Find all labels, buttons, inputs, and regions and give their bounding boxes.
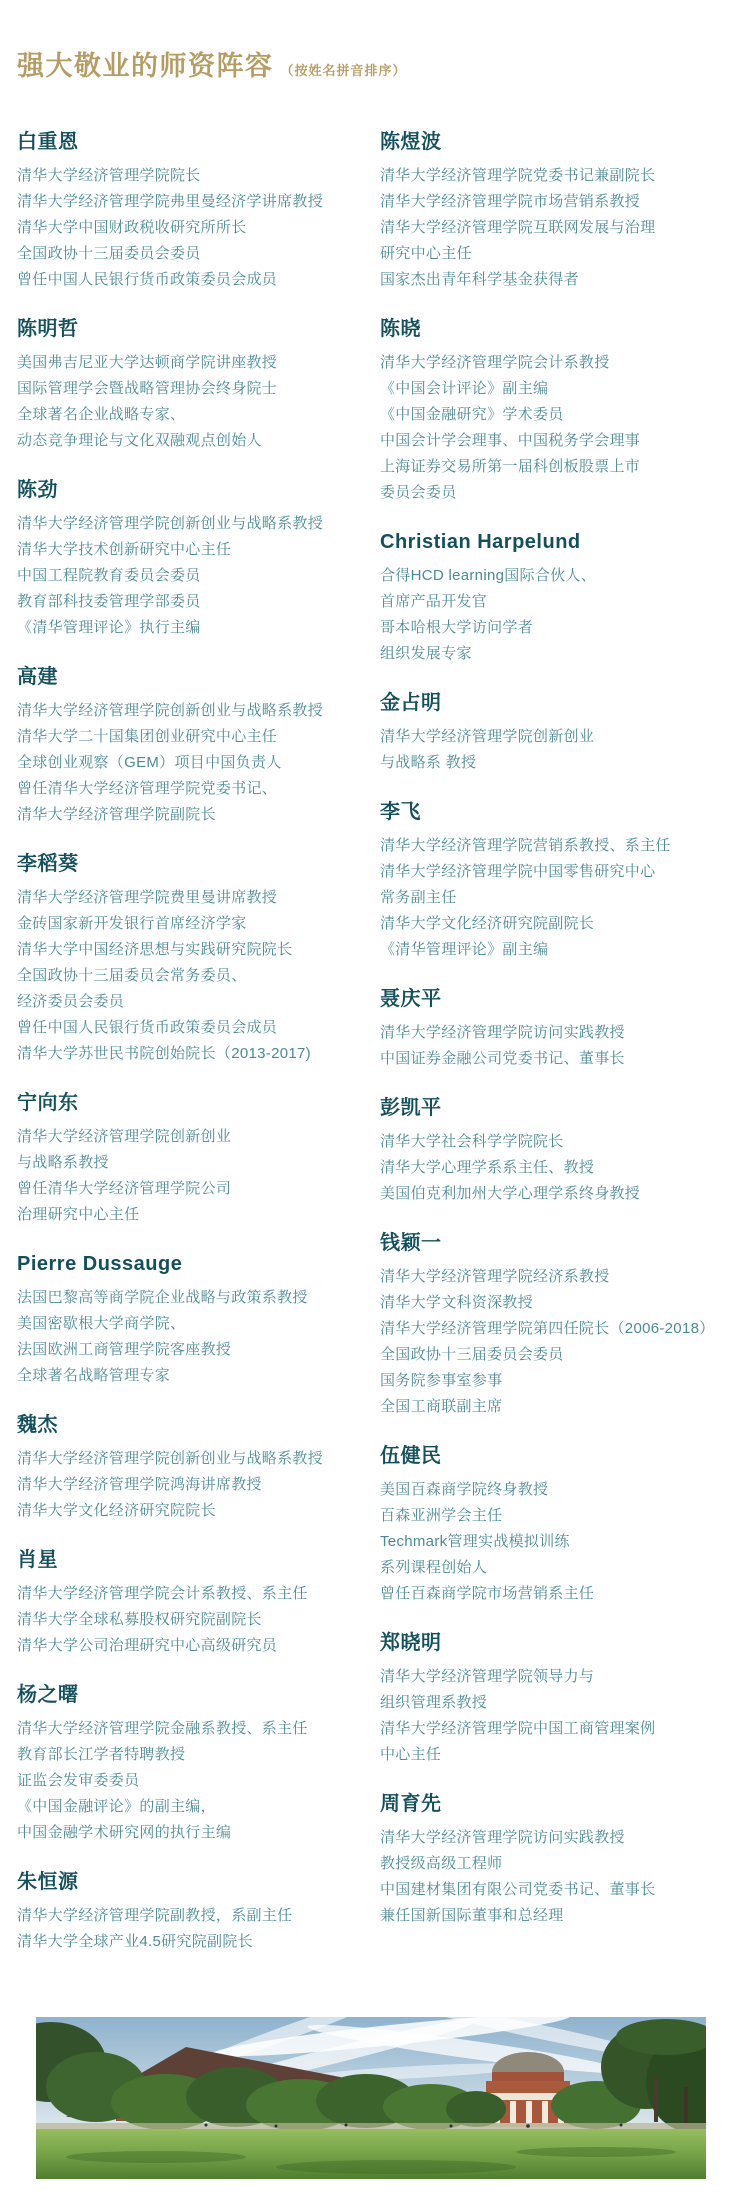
faculty-line: 《清华管理评论》执行主编 <box>17 615 362 641</box>
faculty-line: 中国建材集团有限公司党委书记、董事长 <box>380 1877 725 1903</box>
faculty-line: 中心主任 <box>380 1742 725 1768</box>
faculty-name: 肖星 <box>17 1548 362 1572</box>
faculty-line: 《中国会计评论》副主编 <box>380 376 725 402</box>
faculty-line: 清华大学经济管理学院副院长 <box>17 802 362 828</box>
faculty-section: 聂庆平 清华大学经济管理学院访问实践教授中国证券金融公司党委书记、董事长 <box>380 987 725 1072</box>
faculty-line: 《中国金融评论》的副主编， <box>17 1794 362 1820</box>
faculty-section: 李稻葵 清华大学经济管理学院费里曼讲席教授金砖国家新开发银行首席经济学家清华大学… <box>17 852 362 1067</box>
faculty-line: 国务院参事室参事 <box>380 1368 725 1394</box>
faculty-lines: 美国百森商学院终身教授百森亚洲学会主任Techmark管理实战模拟训练系列课程创… <box>380 1477 725 1607</box>
faculty-name: Pierre Dussauge <box>17 1252 362 1276</box>
faculty-section: 陈晓 清华大学经济管理学院会计系教授《中国会计评论》副主编《中国金融研究》学术委… <box>380 317 725 506</box>
faculty-lines: 清华大学经济管理学院创新创业与战略系 教授 <box>380 724 725 776</box>
faculty-line: 清华大学经济管理学院创新创业与战略系教授 <box>17 1446 362 1472</box>
faculty-line: 金砖国家新开发银行首席经济学家 <box>17 911 362 937</box>
faculty-line: 合得HCD learning国际合伙人、 <box>380 563 725 589</box>
page-title-note: （按姓名拼音排序） <box>281 60 407 79</box>
faculty-line: 动态竞争理论与文化双融观点创始人 <box>17 428 362 454</box>
faculty-column-left: 白重恩 清华大学经济管理学院院长清华大学经济管理学院弗里曼经济学讲席教授清华大学… <box>17 130 362 1979</box>
faculty-line: 清华大学经济管理学院中国零售研究中心 <box>380 859 725 885</box>
faculty-line: 清华大学经济管理学院市场营销系教授 <box>380 189 725 215</box>
faculty-lines: 美国弗吉尼亚大学达顿商学院讲座教授国际管理学会暨战略管理协会终身院士全球著名企业… <box>17 350 362 454</box>
faculty-line: 曾任中国人民银行货币政策委员会成员 <box>17 1015 362 1041</box>
faculty-lines: 清华大学经济管理学院院长清华大学经济管理学院弗里曼经济学讲席教授清华大学中国财政… <box>17 163 362 293</box>
faculty-section: 白重恩 清华大学经济管理学院院长清华大学经济管理学院弗里曼经济学讲席教授清华大学… <box>17 130 362 293</box>
faculty-lines: 清华大学经济管理学院党委书记兼副院长清华大学经济管理学院市场营销系教授清华大学经… <box>380 163 725 293</box>
faculty-line: 清华大学经济管理学院弗里曼经济学讲席教授 <box>17 189 362 215</box>
faculty-name: 朱恒源 <box>17 1870 362 1894</box>
faculty-line: 清华大学中国经济思想与实践研究院院长 <box>17 937 362 963</box>
faculty-line: 法国欧洲工商管理学院客座教授 <box>17 1337 362 1363</box>
faculty-lines: 清华大学经济管理学院费里曼讲席教授金砖国家新开发银行首席经济学家清华大学中国经济… <box>17 885 362 1067</box>
faculty-line: 清华大学全球私募股权研究院副院长 <box>17 1607 362 1633</box>
faculty-lines: 清华大学经济管理学院领导力与组织管理系教授清华大学经济管理学院中国工商管理案例中… <box>380 1664 725 1768</box>
faculty-line: 与战略系 教授 <box>380 750 725 776</box>
campus-photo <box>36 2017 706 2179</box>
faculty-line: 证监会发审委委员 <box>17 1768 362 1794</box>
faculty-line: 清华大学经济管理学院第四任院长（2006-2018） <box>380 1316 725 1342</box>
faculty-column-right: 陈煜波 清华大学经济管理学院党委书记兼副院长清华大学经济管理学院市场营销系教授清… <box>380 130 725 1979</box>
faculty-lines: 清华大学经济管理学院创新创业与战略系教授清华大学经济管理学院鸿海讲席教授清华大学… <box>17 1446 362 1524</box>
faculty-line: 美国伯克利加州大学心理学系终身教授 <box>380 1181 725 1207</box>
faculty-line: 清华大学经济管理学院费里曼讲席教授 <box>17 885 362 911</box>
faculty-line: 清华大学经济管理学院鸿海讲席教授 <box>17 1472 362 1498</box>
faculty-name: 宁向东 <box>17 1091 362 1115</box>
faculty-lines: 合得HCD learning国际合伙人、首席产品开发官哥本哈根大学访问学者组织发… <box>380 563 725 667</box>
faculty-line: 经济委员会委员 <box>17 989 362 1015</box>
faculty-line: 清华大学经济管理学院会计系教授、系主任 <box>17 1581 362 1607</box>
faculty-line: 清华大学技术创新研究中心主任 <box>17 537 362 563</box>
faculty-lines: 清华大学经济管理学院创新创业与战略系教授清华大学二十国集团创业研究中心主任全球创… <box>17 698 362 828</box>
faculty-lines: 清华大学经济管理学院副教授，系副主任清华大学全球产业4.5研究院副院长 <box>17 1903 362 1955</box>
faculty-line: 清华大学文化经济研究院院长 <box>17 1498 362 1524</box>
faculty-name: 李飞 <box>380 800 725 824</box>
faculty-columns: 白重恩 清华大学经济管理学院院长清华大学经济管理学院弗里曼经济学讲席教授清华大学… <box>17 130 725 1979</box>
faculty-line: 组织管理系教授 <box>380 1690 725 1716</box>
faculty-name: 周育先 <box>380 1792 725 1816</box>
faculty-lines: 清华大学经济管理学院会计系教授《中国会计评论》副主编《中国金融研究》学术委员中国… <box>380 350 725 506</box>
faculty-line: 国家杰出青年科学基金获得者 <box>380 267 725 293</box>
faculty-section: 伍健民 美国百森商学院终身教授百森亚洲学会主任Techmark管理实战模拟训练系… <box>380 1444 725 1607</box>
faculty-name: 高建 <box>17 665 362 689</box>
faculty-line: 美国密歇根大学商学院、 <box>17 1311 362 1337</box>
faculty-section: 肖星 清华大学经济管理学院会计系教授、系主任清华大学全球私募股权研究院副院长清华… <box>17 1548 362 1659</box>
faculty-name: 彭凯平 <box>380 1096 725 1120</box>
faculty-name: 陈明哲 <box>17 317 362 341</box>
faculty-line: 与战略系教授 <box>17 1150 362 1176</box>
faculty-line: 清华大学公司治理研究中心高级研究员 <box>17 1633 362 1659</box>
faculty-line: 清华大学经济管理学院互联网发展与治理 <box>380 215 725 241</box>
faculty-line: 哥本哈根大学访问学者 <box>380 615 725 641</box>
faculty-line: 曾任清华大学经济管理学院公司 <box>17 1176 362 1202</box>
faculty-section: 杨之曙 清华大学经济管理学院金融系教授、系主任教育部长江学者特聘教授证监会发审委… <box>17 1683 362 1846</box>
faculty-line: 清华大学社会科学学院院长 <box>380 1129 725 1155</box>
faculty-line: 全国工商联副主席 <box>380 1394 725 1420</box>
faculty-line: 美国百森商学院终身教授 <box>380 1477 725 1503</box>
page-header: 强大敬业的师资阵容 （按姓名拼音排序） <box>17 44 407 83</box>
faculty-line: 美国弗吉尼亚大学达顿商学院讲座教授 <box>17 350 362 376</box>
faculty-line: 全国政协十三届委员会常务委员、 <box>17 963 362 989</box>
faculty-line: 全球著名战略管理专家 <box>17 1363 362 1389</box>
faculty-line: 曾任清华大学经济管理学院党委书记、 <box>17 776 362 802</box>
faculty-line: 清华大学苏世民书院创始院长（2013-2017) <box>17 1041 362 1067</box>
faculty-line: 首席产品开发官 <box>380 589 725 615</box>
faculty-lines: 清华大学经济管理学院营销系教授、系主任清华大学经济管理学院中国零售研究中心常务副… <box>380 833 725 963</box>
faculty-section: 陈明哲 美国弗吉尼亚大学达顿商学院讲座教授国际管理学会暨战略管理协会终身院士全球… <box>17 317 362 454</box>
faculty-name: 陈煜波 <box>380 130 725 154</box>
faculty-lines: 清华大学经济管理学院金融系教授、系主任教育部长江学者特聘教授证监会发审委委员《中… <box>17 1716 362 1846</box>
faculty-line: 中国证券金融公司党委书记、董事长 <box>380 1046 725 1072</box>
faculty-name: 聂庆平 <box>380 987 725 1011</box>
faculty-line: 清华大学经济管理学院会计系教授 <box>380 350 725 376</box>
faculty-line: Techmark管理实战模拟训练 <box>380 1529 725 1555</box>
faculty-line: 组织发展专家 <box>380 641 725 667</box>
faculty-line: 治理研究中心主任 <box>17 1202 362 1228</box>
faculty-name: Christian Harpelund <box>380 530 725 554</box>
faculty-lines: 清华大学社会科学学院院长清华大学心理学系系主任、教授美国伯克利加州大学心理学系终… <box>380 1129 725 1207</box>
faculty-name: 伍健民 <box>380 1444 725 1468</box>
faculty-section: 周育先 清华大学经济管理学院访问实践教授教授级高级工程师中国建材集团有限公司党委… <box>380 1792 725 1929</box>
faculty-section: 钱颖一 清华大学经济管理学院经济系教授清华大学文科资深教授清华大学经济管理学院第… <box>380 1231 725 1420</box>
faculty-section: 金占明 清华大学经济管理学院创新创业与战略系 教授 <box>380 691 725 776</box>
faculty-line: 清华大学文科资深教授 <box>380 1290 725 1316</box>
faculty-page: 强大敬业的师资阵容 （按姓名拼音排序） 白重恩 清华大学经济管理学院院长清华大学… <box>0 0 741 2206</box>
faculty-line: 清华大学全球产业4.5研究院副院长 <box>17 1929 362 1955</box>
faculty-section: 宁向东 清华大学经济管理学院创新创业与战略系教授曾任清华大学经济管理学院公司治理… <box>17 1091 362 1228</box>
faculty-section: 李飞 清华大学经济管理学院营销系教授、系主任清华大学经济管理学院中国零售研究中心… <box>380 800 725 963</box>
faculty-line: 清华大学经济管理学院创新创业与战略系教授 <box>17 698 362 724</box>
faculty-section: 朱恒源 清华大学经济管理学院副教授，系副主任清华大学全球产业4.5研究院副院长 <box>17 1870 362 1955</box>
faculty-lines: 清华大学经济管理学院创新创业与战略系教授曾任清华大学经济管理学院公司治理研究中心… <box>17 1124 362 1228</box>
faculty-line: 常务副主任 <box>380 885 725 911</box>
faculty-line: 国际管理学会暨战略管理协会终身院士 <box>17 376 362 402</box>
faculty-name: 金占明 <box>380 691 725 715</box>
faculty-section: 彭凯平 清华大学社会科学学院院长清华大学心理学系系主任、教授美国伯克利加州大学心… <box>380 1096 725 1207</box>
faculty-line: 清华大学经济管理学院经济系教授 <box>380 1264 725 1290</box>
faculty-lines: 清华大学经济管理学院经济系教授清华大学文科资深教授清华大学经济管理学院第四任院长… <box>380 1264 725 1420</box>
campus-photo-illustration <box>36 2017 706 2179</box>
faculty-line: 委员会委员 <box>380 480 725 506</box>
page-title: 强大敬业的师资阵容 <box>17 44 274 83</box>
faculty-line: 清华大学心理学系系主任、教授 <box>380 1155 725 1181</box>
faculty-line: 清华大学经济管理学院访问实践教授 <box>380 1020 725 1046</box>
faculty-line: 中国会计学会理事、中国税务学会理事 <box>380 428 725 454</box>
faculty-line: 清华大学文化经济研究院副院长 <box>380 911 725 937</box>
faculty-line: 全球创业观察（GEM）项目中国负责人 <box>17 750 362 776</box>
faculty-section: 陈劲 清华大学经济管理学院创新创业与战略系教授清华大学技术创新研究中心主任中国工… <box>17 478 362 641</box>
faculty-section: 魏杰 清华大学经济管理学院创新创业与战略系教授清华大学经济管理学院鸿海讲席教授清… <box>17 1413 362 1524</box>
faculty-line: 《清华管理评论》副主编 <box>380 937 725 963</box>
faculty-line: 清华大学经济管理学院访问实践教授 <box>380 1825 725 1851</box>
faculty-line: 法国巴黎高等商学院企业战略与政策系教授 <box>17 1285 362 1311</box>
faculty-line: 全球著名企业战略专家、 <box>17 402 362 428</box>
faculty-line: 清华大学经济管理学院领导力与 <box>380 1664 725 1690</box>
faculty-line: 清华大学经济管理学院中国工商管理案例 <box>380 1716 725 1742</box>
faculty-line: 中国金融学术研究网的执行主编 <box>17 1820 362 1846</box>
faculty-line: 清华大学经济管理学院营销系教授、系主任 <box>380 833 725 859</box>
faculty-line: 百森亚洲学会主任 <box>380 1503 725 1529</box>
faculty-line: 研究中心主任 <box>380 241 725 267</box>
faculty-line: 曾任中国人民银行货币政策委员会成员 <box>17 267 362 293</box>
faculty-name: 李稻葵 <box>17 852 362 876</box>
faculty-line: 清华大学二十国集团创业研究中心主任 <box>17 724 362 750</box>
faculty-line: 教授级高级工程师 <box>380 1851 725 1877</box>
faculty-line: 清华大学经济管理学院副教授，系副主任 <box>17 1903 362 1929</box>
faculty-line: 教育部长江学者特聘教授 <box>17 1742 362 1768</box>
faculty-section: Christian Harpelund 合得HCD learning国际合伙人、… <box>380 530 725 667</box>
faculty-line: 《中国金融研究》学术委员 <box>380 402 725 428</box>
faculty-line: 曾任百森商学院市场营销系主任 <box>380 1581 725 1607</box>
faculty-line: 清华大学经济管理学院创新创业 <box>380 724 725 750</box>
faculty-name: 陈晓 <box>380 317 725 341</box>
faculty-line: 全国政协十三届委员会委员 <box>380 1342 725 1368</box>
faculty-line: 清华大学经济管理学院金融系教授、系主任 <box>17 1716 362 1742</box>
faculty-section: 高建 清华大学经济管理学院创新创业与战略系教授清华大学二十国集团创业研究中心主任… <box>17 665 362 828</box>
faculty-line: 教育部科技委管理学部委员 <box>17 589 362 615</box>
faculty-lines: 清华大学经济管理学院创新创业与战略系教授清华大学技术创新研究中心主任中国工程院教… <box>17 511 362 641</box>
faculty-line: 全国政协十三届委员会委员 <box>17 241 362 267</box>
faculty-line: 清华大学经济管理学院创新创业与战略系教授 <box>17 511 362 537</box>
faculty-line: 清华大学经济管理学院创新创业 <box>17 1124 362 1150</box>
faculty-name: 魏杰 <box>17 1413 362 1437</box>
faculty-name: 杨之曙 <box>17 1683 362 1707</box>
faculty-lines: 法国巴黎高等商学院企业战略与政策系教授美国密歇根大学商学院、法国欧洲工商管理学院… <box>17 1285 362 1389</box>
faculty-section: 陈煜波 清华大学经济管理学院党委书记兼副院长清华大学经济管理学院市场营销系教授清… <box>380 130 725 293</box>
faculty-lines: 清华大学经济管理学院会计系教授、系主任清华大学全球私募股权研究院副院长清华大学公… <box>17 1581 362 1659</box>
faculty-line: 清华大学经济管理学院院长 <box>17 163 362 189</box>
faculty-name: 钱颖一 <box>380 1231 725 1255</box>
faculty-name: 陈劲 <box>17 478 362 502</box>
faculty-name: 郑晓明 <box>380 1631 725 1655</box>
faculty-line: 清华大学中国财政税收研究所所长 <box>17 215 362 241</box>
faculty-line: 兼任国新国际董事和总经理 <box>380 1903 725 1929</box>
faculty-line: 上海证券交易所第一届科创板股票上市 <box>380 454 725 480</box>
faculty-line: 清华大学经济管理学院党委书记兼副院长 <box>380 163 725 189</box>
faculty-lines: 清华大学经济管理学院访问实践教授中国证券金融公司党委书记、董事长 <box>380 1020 725 1072</box>
faculty-line: 系列课程创始人 <box>380 1555 725 1581</box>
faculty-line: 中国工程院教育委员会委员 <box>17 563 362 589</box>
faculty-section: Pierre Dussauge 法国巴黎高等商学院企业战略与政策系教授美国密歇根… <box>17 1252 362 1389</box>
faculty-name: 白重恩 <box>17 130 362 154</box>
faculty-section: 郑晓明 清华大学经济管理学院领导力与组织管理系教授清华大学经济管理学院中国工商管… <box>380 1631 725 1768</box>
faculty-lines: 清华大学经济管理学院访问实践教授教授级高级工程师中国建材集团有限公司党委书记、董… <box>380 1825 725 1929</box>
